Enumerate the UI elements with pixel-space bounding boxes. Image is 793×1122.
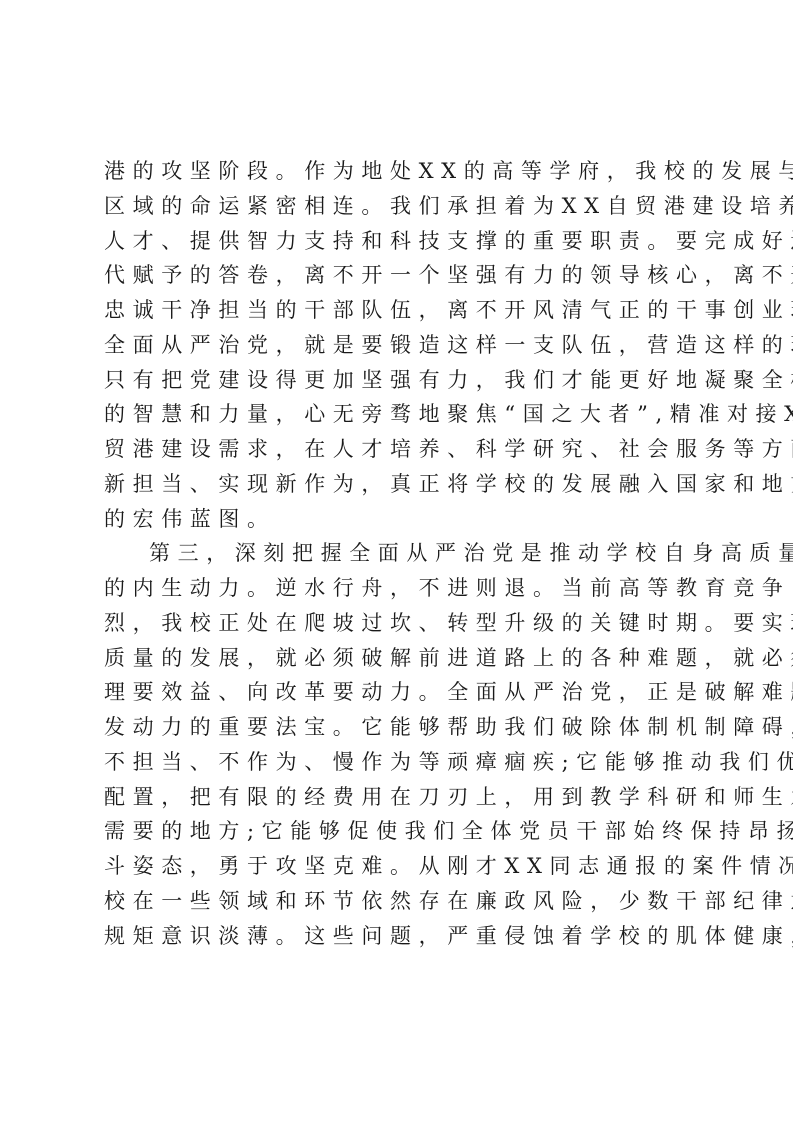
- text-line: 代赋予的答卷，离不开一个坚强有力的领导核心，离不开一支: [104, 258, 694, 293]
- paragraph-2: 第三，深刻把握全面从严治党是推动学校自身高质量发展 的内生动力。逆水行舟，不进则…: [104, 536, 694, 988]
- text-line: [104, 953, 694, 988]
- text-line: 校在一些领域和环节依然存在廉政风险，少数干部纪律意识、: [104, 884, 694, 919]
- text-line: 的内生动力。逆水行舟，不进则退。当前高等教育竞争日趋激: [104, 571, 694, 606]
- text-line: 发动力的重要法宝。它能够帮助我们破除体制机制障碍，整治: [104, 710, 694, 745]
- text-line: 区域的命运紧密相连。我们承担着为XX自贸港建设培养高素质: [104, 189, 694, 224]
- text-line: 理要效益、向改革要动力。全面从严治党，正是破解难题、激: [104, 675, 694, 710]
- document-body: 港的攻坚阶段。作为地处XX的高等学府，我校的发展与国家和 区域的命运紧密相连。我…: [104, 154, 694, 988]
- text-line: 的智慧和力量，心无旁骛地聚焦“国之大者”,精准对接XX自: [104, 397, 694, 432]
- text-line: 烈，我校正处在爬坡过坎、转型升级的关键时期。要实现更高: [104, 606, 694, 641]
- text-line: 质量的发展，就必须破解前进道路上的各种难题，就必须向管: [104, 641, 694, 676]
- text-line: 贸港建设需求，在人才培养、科学研究、社会服务等方面展现: [104, 432, 694, 467]
- text-line: 需要的地方;它能够促使我们全体党员干部始终保持昂扬的奋: [104, 814, 694, 849]
- text-line: 斗姿态，勇于攻坚克难。从刚才XX同志通报的案件情况看，我: [104, 849, 694, 884]
- text-line: 全面从严治党，就是要锻造这样一支队伍，营造这样的环境。: [104, 328, 694, 363]
- text-line: 配置，把有限的经费用在刀刃上，用到教学科研和师生发展最: [104, 780, 694, 815]
- paragraph-1: 港的攻坚阶段。作为地处XX的高等学府，我校的发展与国家和 区域的命运紧密相连。我…: [104, 154, 694, 536]
- text-line: 不担当、不作为、慢作为等顽瘴痼疾;它能够推动我们优化资源: [104, 745, 694, 780]
- text-line: 港的攻坚阶段。作为地处XX的高等学府，我校的发展与国家和: [104, 154, 694, 189]
- text-line: 人才、提供智力支持和科技支撑的重要职责。要完成好这份时: [104, 224, 694, 259]
- text-line: 第三，深刻把握全面从严治党是推动学校自身高质量发展: [104, 536, 694, 571]
- text-line: 的宏伟蓝图。: [104, 502, 694, 537]
- text-line: 只有把党建设得更加坚强有力，我们才能更好地凝聚全校师生: [104, 363, 694, 398]
- text-line: 新担当、实现新作为，真正将学校的发展融入国家和地方发展: [104, 467, 694, 502]
- document-page: 港的攻坚阶段。作为地处XX的高等学府，我校的发展与国家和 区域的命运紧密相连。我…: [0, 0, 793, 1122]
- text-line: 规矩意识淡薄。这些问题，严重侵蚀着学校的肌体健康，阻碍: [104, 919, 694, 954]
- text-line: 忠诚干净担当的干部队伍，离不开风清气正的干事创业环境。: [104, 293, 694, 328]
